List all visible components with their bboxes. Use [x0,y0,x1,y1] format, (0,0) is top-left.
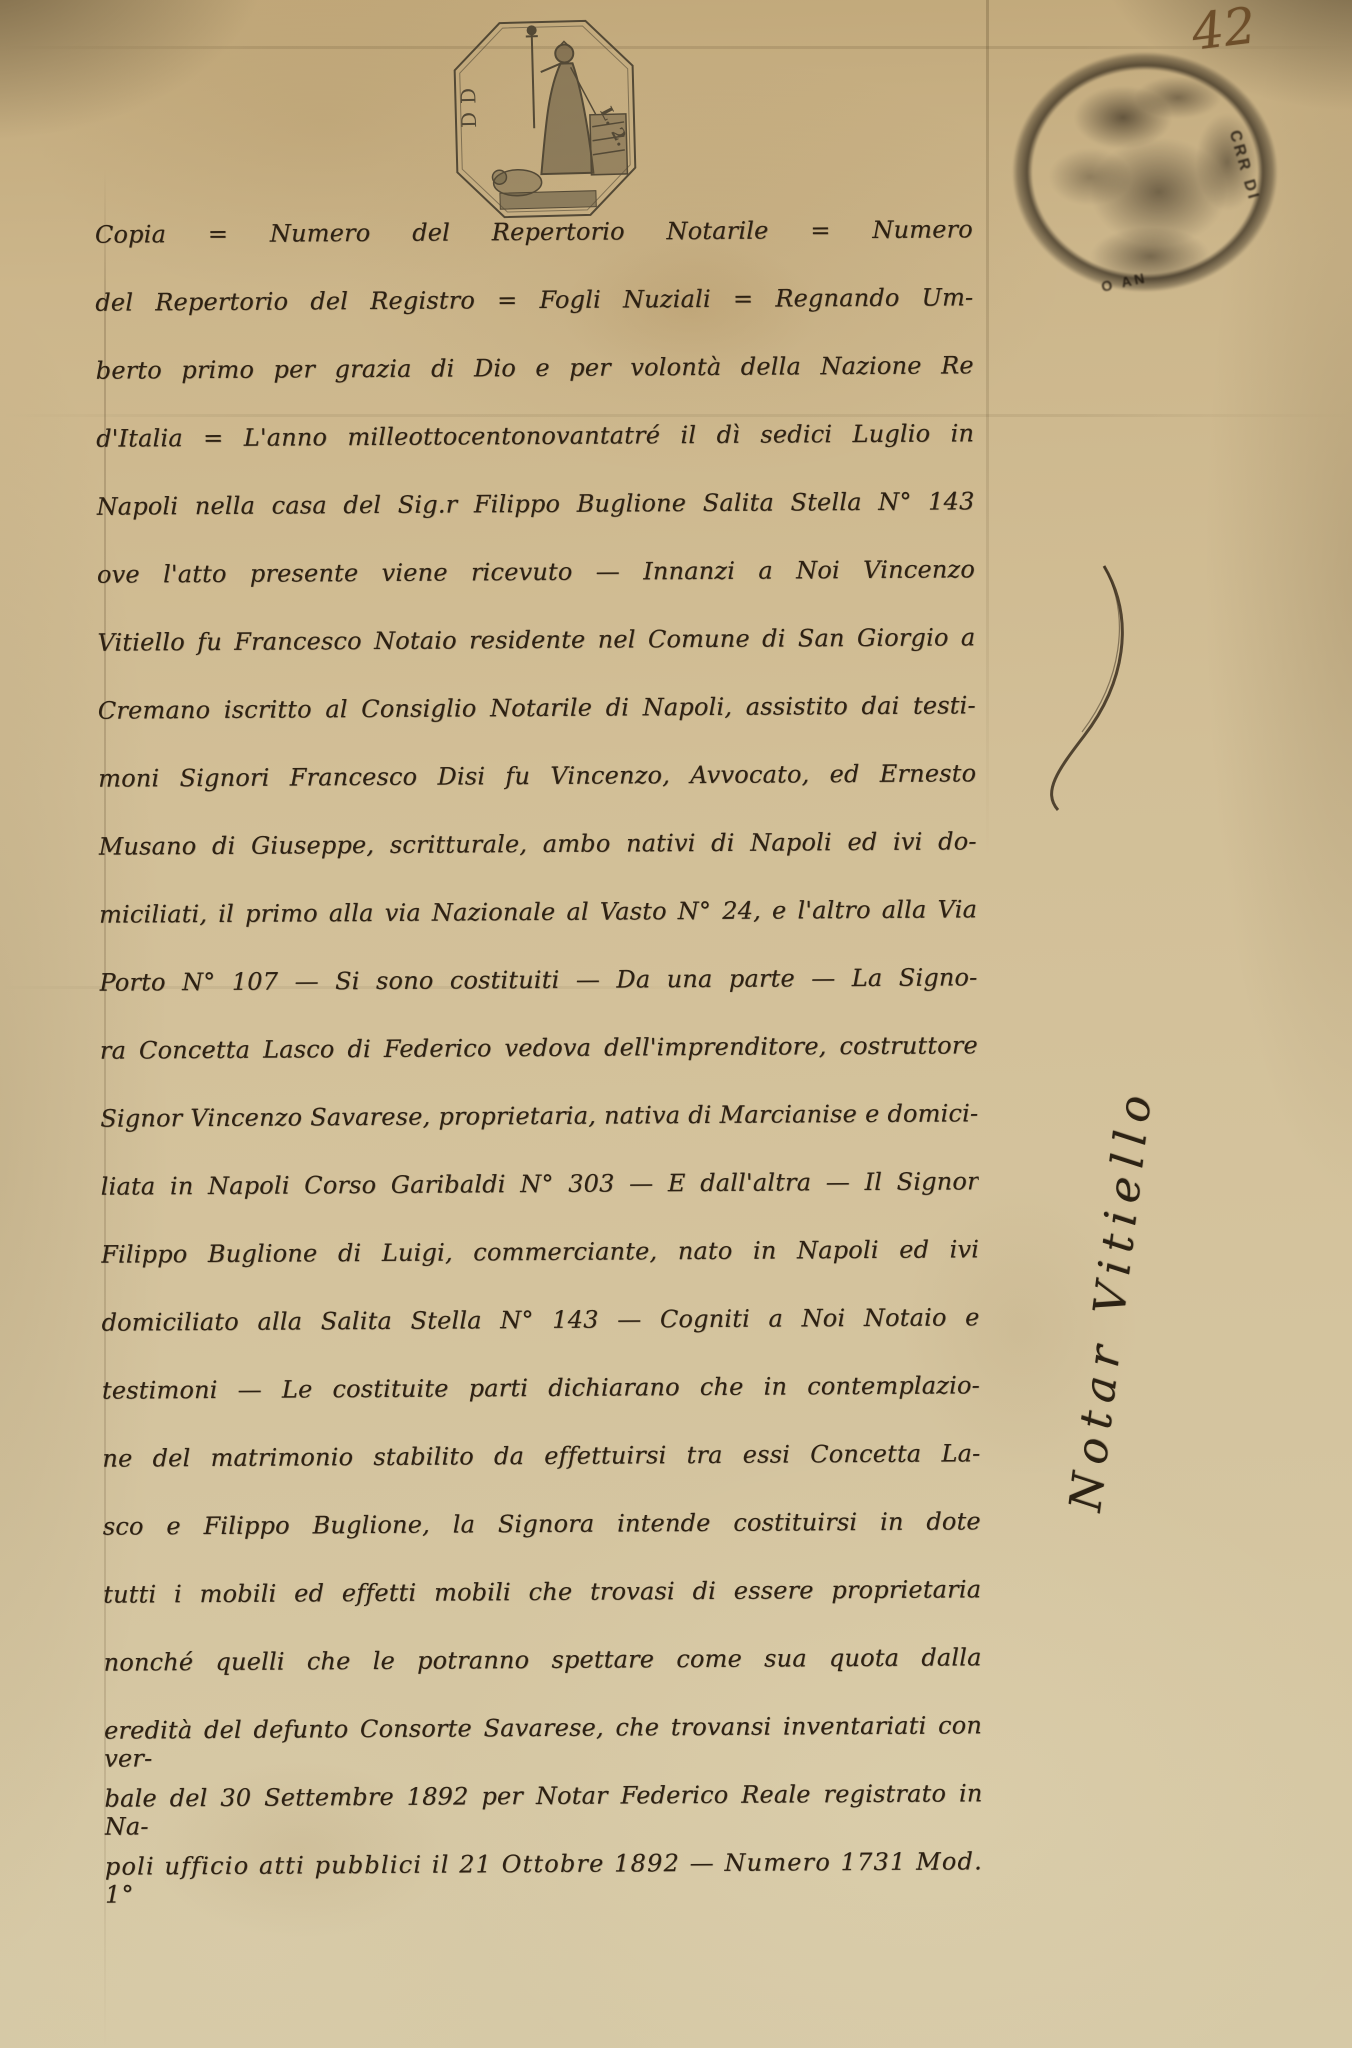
manuscript-line: sco e Filippo Buglione, la Signora inten… [103,1507,981,1580]
circular-ink-stamp: CRR DI O AN [1008,48,1282,296]
manuscript-line: nonché quelli che le potranno spettare c… [104,1643,982,1716]
handwritten-page-number: 42 [1189,0,1259,62]
vertical-fold-crease [986,0,989,860]
manuscript-line: Porto N° 107 — Si sono costituiti — Da u… [99,963,977,1036]
manuscript-line: d'Italia = L'anno milleottocentonovantat… [96,419,974,492]
stamp-ring-text: CRR DI [1225,128,1262,203]
manuscript-line: ra Concetta Lasco di Federico vedova del… [100,1031,978,1104]
manuscript-line: Signor Vincenzo Savarese, proprietaria, … [100,1099,978,1172]
manuscript-line: Vitiello fu Francesco Notaio residente n… [97,623,975,696]
manuscript-line: del Repertorio del Registro = Fogli Nuzi… [95,283,973,356]
manuscript-line: moni Signori Francesco Disi fu Vincenzo,… [98,759,976,832]
manuscript-line: berto primo per grazia di Dio e per volo… [96,351,974,424]
manuscript-line: ne del matrimonio stabilito da effettuir… [102,1439,980,1512]
manuscript-line: eredità del defunto Consorte Savarese, c… [104,1711,982,1784]
manuscript-line: miciliati, il primo alla via Nazionale a… [99,895,977,968]
manuscript-line: tutti i mobili ed effetti mobili che tro… [103,1575,981,1648]
allegorical-figure [526,25,598,175]
manuscript-line: Copia = Numero del Repertorio Notarile =… [95,215,973,288]
manuscript-line: Musano di Giuseppe, scritturale, ambo na… [99,827,977,900]
manuscript-line: poli ufficio atti pubblici il 21 Ottobre… [105,1847,983,1920]
manuscript-line: bale del 30 Settembre 1892 per Notar Fed… [104,1779,982,1852]
manuscript-line: liata in Napoli Corso Garibaldi N° 303 —… [101,1167,979,1240]
manuscript-line: ove l'atto presente viene ricevuto — Inn… [97,555,975,628]
manuscript-line: domiciliato alla Salita Stella N° 143 — … [101,1303,979,1376]
stamp-left-letters: DD [456,80,481,129]
revenue-stamp-emblem: DD L. 2. [447,12,642,229]
manuscript-line: Napoli nella casa del Sig.r Filippo Bugl… [96,487,974,560]
manuscript-text-block: Copia = Numero del Repertorio Notarile =… [95,215,983,1920]
manuscript-line: testimoni — Le costituite parti dichiara… [102,1371,980,1444]
manuscript-line: Filippo Buglione di Luigi, commerciante,… [101,1235,979,1308]
base-plate [500,191,596,210]
document-page: { "page": { "handwritten_number": "42" }… [0,0,1352,2048]
stamp-ring-text: O AN [1100,269,1149,294]
pen-flourish [1012,558,1152,828]
manuscript-line: Cremano iscritto al Consiglio Notarile d… [98,691,976,764]
